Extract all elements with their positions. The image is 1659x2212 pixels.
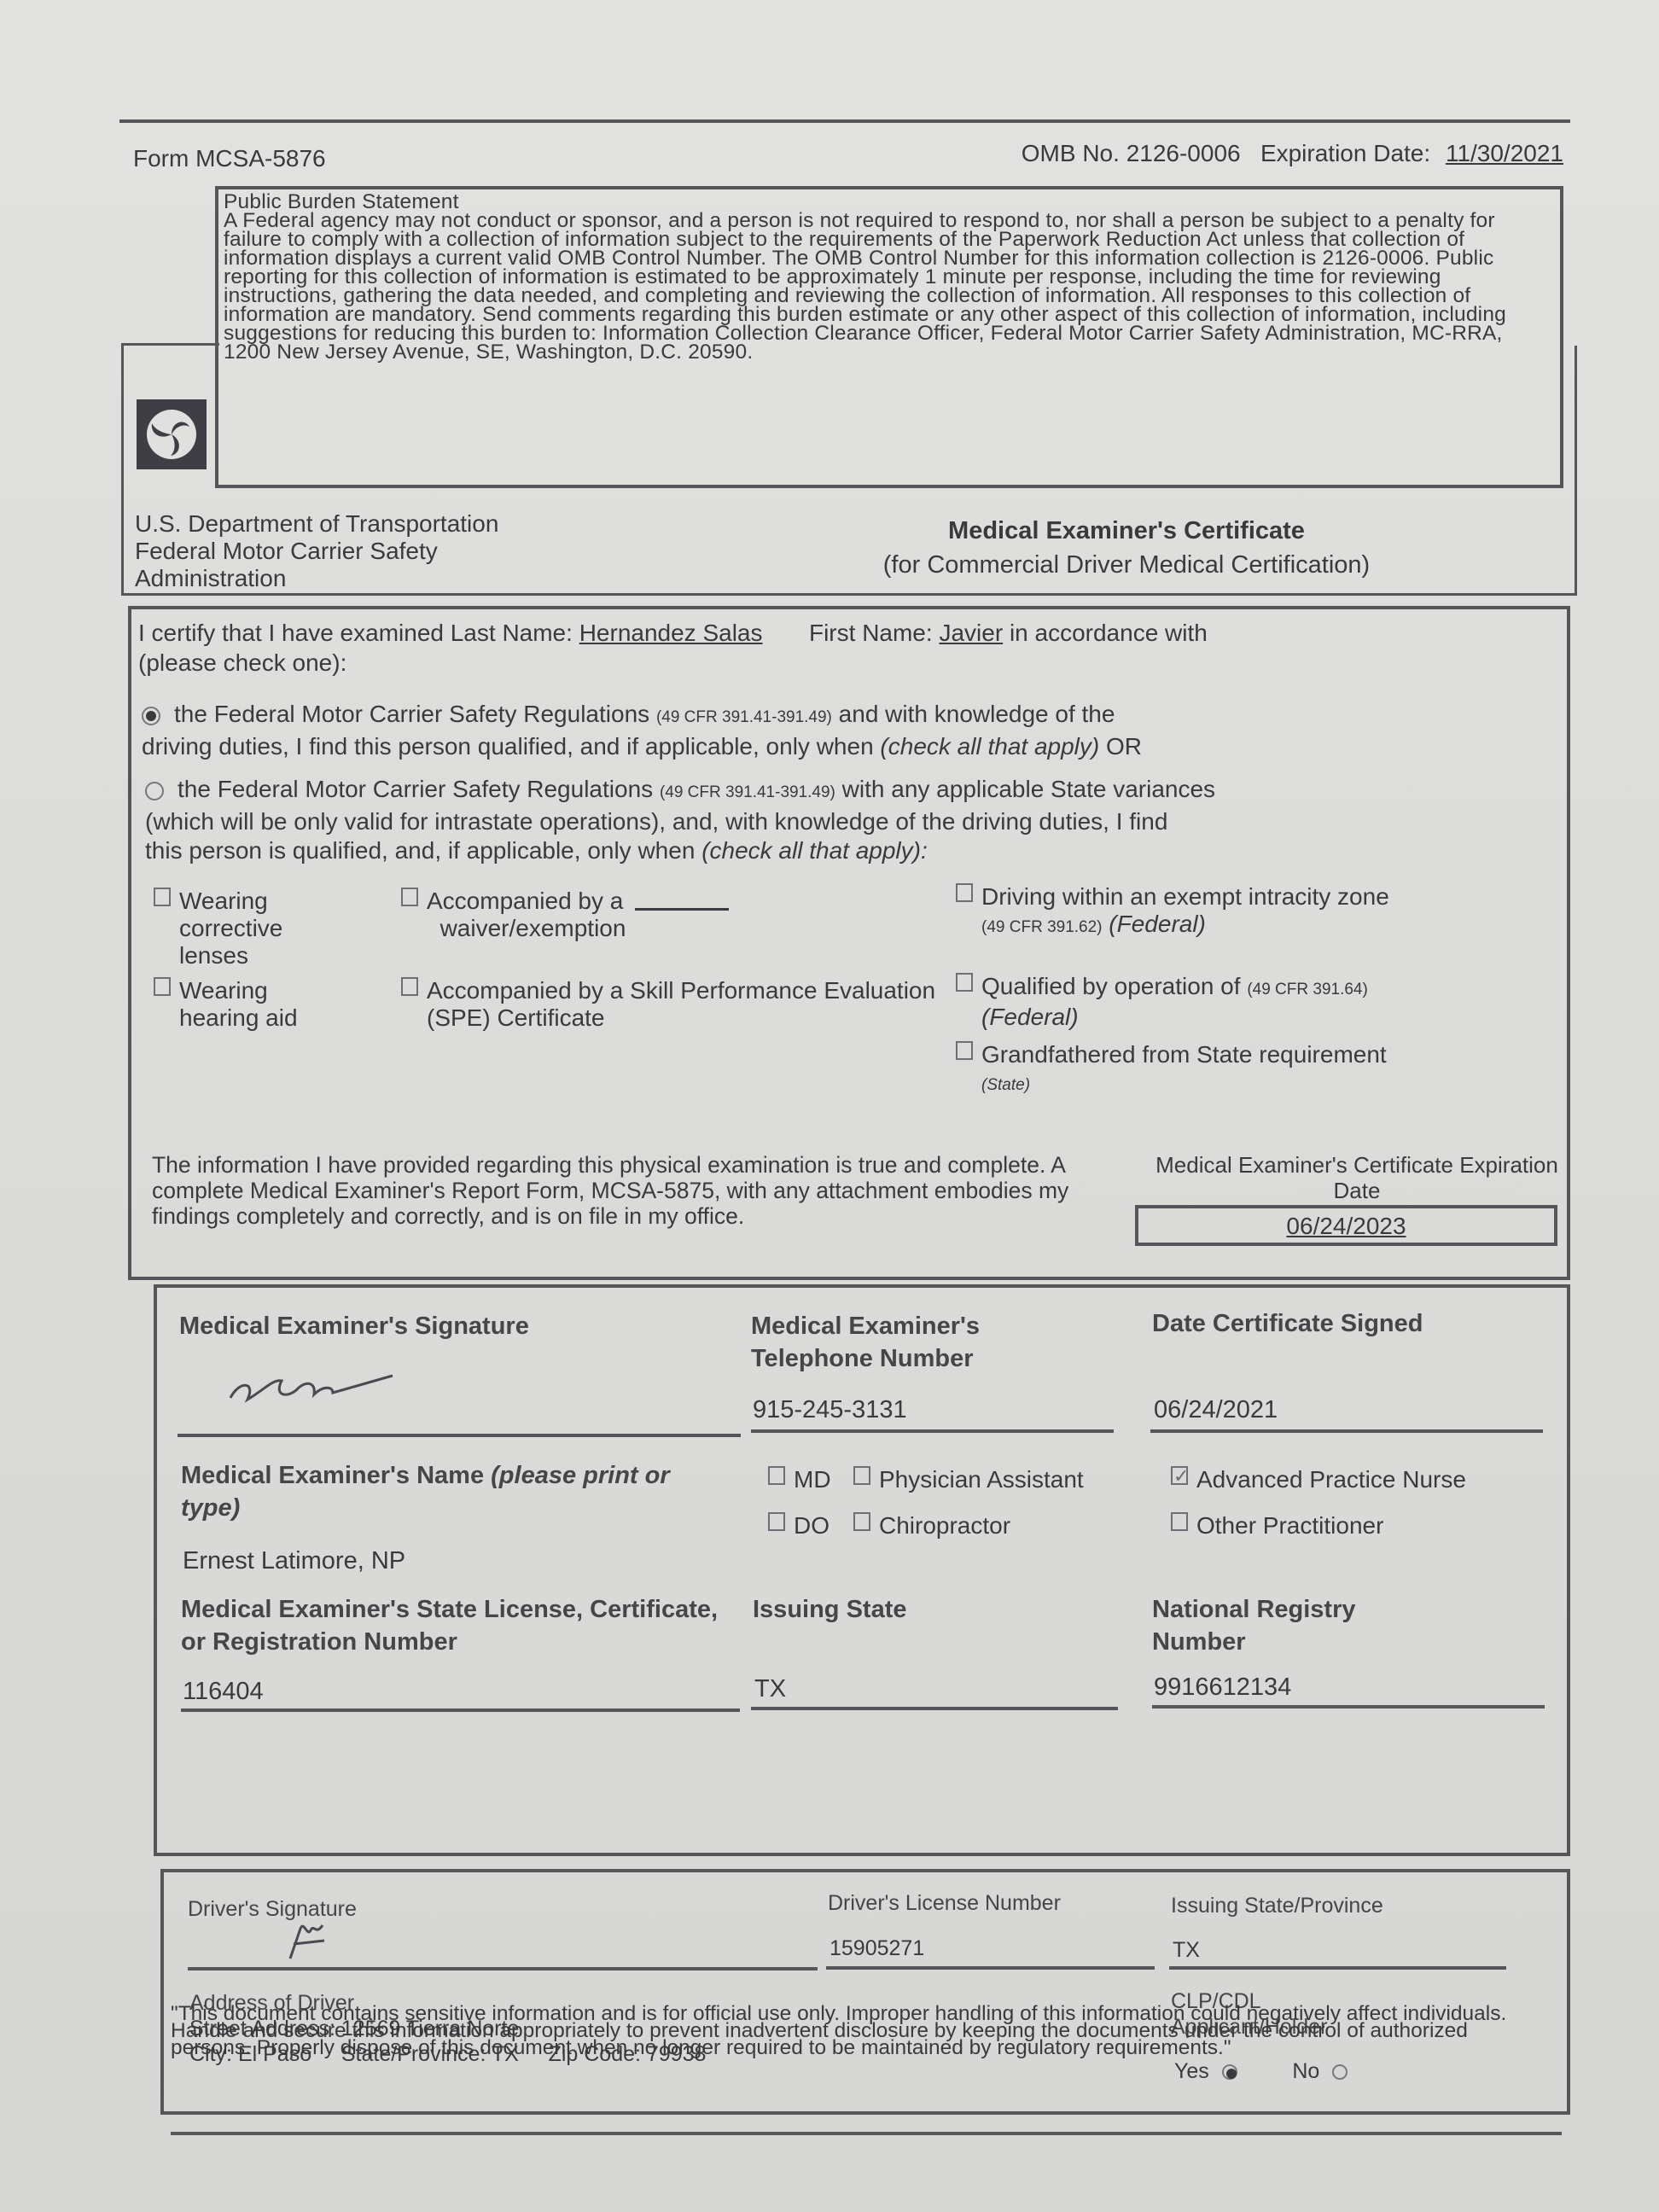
qualified-cite: (49 CFR 391.64) (1247, 981, 1368, 998)
examiner-name-label-main: Medical Examiner's Name (181, 1462, 484, 1489)
driver-license-label: Driver's License Number (828, 1890, 1061, 1916)
examiner-signature-line (178, 1434, 741, 1437)
condition-label: Wearing corrective lenses (179, 888, 299, 969)
checkbox-hearing-aid[interactable] (154, 977, 171, 996)
credential-do: DO (768, 1512, 829, 1540)
option2-rest3: this person is qualified, and, if applic… (145, 837, 695, 864)
checkbox-intracity-zone[interactable] (956, 883, 973, 902)
option1-italic: (check all that apply) (880, 733, 1099, 760)
option1-rest2: driving duties, I find this person quali… (142, 733, 874, 760)
credential-chiropractor: Chiropractor (853, 1512, 1010, 1540)
last-name-field[interactable]: Hernandez Salas (579, 620, 763, 646)
examiner-issuing-state-field[interactable]: TX (754, 1674, 786, 1703)
option2-lead: the Federal Motor Carrier Safety Regulat… (178, 776, 653, 802)
option1-rest1: and with knowledge of the (839, 701, 1115, 727)
examiner-signature-label: Medical Examiner's Signature (179, 1310, 529, 1342)
intracity-cite: (49 CFR 391.62) (981, 918, 1103, 936)
clp-cdl-options: Yes No (1174, 2058, 1361, 2084)
driver-signature-line (188, 1967, 818, 1970)
examiner-phone-field[interactable]: 915-245-3131 (753, 1395, 907, 1424)
credential-label: Other Practitioner (1196, 1512, 1383, 1540)
agency-line-2: Federal Motor Carrier Safety (135, 538, 498, 565)
examiner-signature-image (222, 1364, 401, 1415)
dot-logo-icon (137, 399, 207, 469)
bottom-rule (171, 2132, 1562, 2135)
intracity-italic: (Federal) (1109, 911, 1206, 937)
option2-rest1: with any applicable State variances (842, 776, 1215, 802)
radio-state-variance-option[interactable] (145, 782, 164, 800)
condition-label: Driving within an exempt intracity zone … (981, 883, 1389, 941)
intracity-label: Driving within an exempt intracity zone (981, 883, 1389, 910)
certificate-expiration-label: Medical Examiner's Certificate Expiratio… (1144, 1152, 1570, 1203)
examiner-phone-label: Medical Examiner's Telephone Number (751, 1310, 1075, 1375)
waiver-label: Accompanied by a (427, 888, 623, 914)
driver-issuing-field[interactable]: TX (1173, 1937, 1200, 1963)
condition-qualified-by-operation: Qualified by operation of (49 CFR 391.64… (956, 973, 1368, 1031)
option1-lead: the Federal Motor Carrier Safety Regulat… (174, 701, 649, 727)
option1-cite: (49 CFR 391.41-391.49) (656, 708, 832, 726)
examiner-issuing-state-line (751, 1707, 1118, 1710)
attestation-text: The information I have provided regardin… (152, 1152, 1142, 1229)
agency-line-1: U.S. Department of Transportation (135, 510, 498, 538)
public-burden-statement: Public Burden Statement A Federal agency… (215, 186, 1563, 488)
option2-rest2: (which will be only valid for intrastate… (145, 808, 1167, 835)
national-registry-label: National Registry Number (1152, 1593, 1434, 1658)
credential-label: Physician Assistant (879, 1466, 1084, 1493)
first-name-label: First Name: (809, 620, 933, 646)
triskelion-icon (143, 406, 200, 463)
credential-other-practitioner: Other Practitioner (1171, 1512, 1383, 1540)
examiner-license-field[interactable]: 116404 (183, 1677, 264, 1706)
checkbox-corrective-lenses[interactable] (154, 888, 171, 906)
national-registry-field[interactable]: 9916612134 (1154, 1673, 1291, 1702)
national-registry-line (1152, 1705, 1545, 1708)
condition-label: Grandfathered from State requirement (St… (981, 1041, 1387, 1099)
credential-md: MD (768, 1466, 831, 1493)
waiver-label-2: waiver/exemption (440, 915, 626, 941)
agency-line-3: Administration (135, 565, 498, 592)
waiver-blank-field[interactable] (635, 894, 729, 911)
grandfathered-label: Grandfathered from State requirement (981, 1041, 1387, 1068)
credential-advanced-practice-nurse: Advanced Practice Nurse (1171, 1466, 1466, 1493)
condition-label: Wearing hearing aid (179, 977, 299, 1032)
examinee-line: I certify that I have examined Last Name… (138, 619, 1208, 648)
examiner-issuing-state-label: Issuing State (753, 1593, 907, 1626)
condition-waiver: Accompanied by a waiver/exemption (401, 888, 729, 942)
condition-intracity-zone: Driving within an exempt intracity zone … (956, 883, 1389, 941)
credential-label: Advanced Practice Nurse (1196, 1466, 1466, 1493)
driver-issuing-line (1169, 1966, 1506, 1970)
examiner-name-field[interactable]: Ernest Latimore, NP (183, 1546, 405, 1575)
clp-yes-label: Yes (1174, 2059, 1209, 2083)
checkbox-chiropractor[interactable] (853, 1512, 870, 1531)
certificate-title-main: Medical Examiner's Certificate (819, 514, 1434, 548)
top-rule (119, 119, 1570, 123)
examiner-name-label: Medical Examiner's Name (please print or… (181, 1459, 710, 1524)
condition-label: Qualified by operation of (49 CFR 391.64… (981, 973, 1368, 1031)
scanned-paper: Form MCSA-5876 OMB No. 2126-0006 Expirat… (0, 0, 1659, 2212)
credential-label: MD (794, 1466, 831, 1493)
checkbox-spe-certificate[interactable] (401, 977, 418, 996)
certificate-title: Medical Examiner's Certificate (for Comm… (819, 514, 1434, 582)
checkbox-grandfathered[interactable] (956, 1041, 973, 1060)
burden-text: A Federal agency may not conduct or spon… (224, 209, 1506, 364)
condition-hearing-aid: Wearing hearing aid (154, 977, 299, 1032)
checkbox-do[interactable] (768, 1512, 785, 1531)
checkbox-waiver-exemption[interactable] (401, 888, 418, 906)
omb-number: OMB No. 2126-0006 (1022, 140, 1241, 166)
form-number: Form MCSA-5876 (133, 145, 326, 172)
option2-cite: (49 CFR 391.41-391.49) (660, 783, 835, 801)
grandfathered-italic: (State) (981, 1076, 1030, 1094)
date-signed-line (1150, 1429, 1543, 1433)
examiner-license-line (181, 1708, 740, 1712)
examiner-phone-line (751, 1429, 1114, 1433)
credential-label: DO (794, 1512, 829, 1540)
please-check-one: (please check one): (138, 649, 346, 678)
accordance-text: in accordance with (1010, 620, 1208, 646)
driver-license-line (826, 1966, 1155, 1970)
condition-label: Accompanied by a Skill Performance Evalu… (427, 977, 939, 1032)
first-name-field[interactable]: Javier (939, 620, 1003, 646)
agency-name: U.S. Department of Transportation Federa… (135, 510, 498, 592)
omb-expiration-label: Expiration Date: (1260, 140, 1430, 166)
condition-corrective-lenses: Wearing corrective lenses (154, 888, 299, 969)
certificate-subtitle: (for Commercial Driver Medical Certifica… (819, 548, 1434, 582)
driver-signature-image (282, 1912, 333, 1963)
option-federal: the Federal Motor Carrier Safety Regulat… (142, 700, 1550, 761)
condition-spe-certificate: Accompanied by a Skill Performance Evalu… (401, 977, 939, 1032)
driver-issuing-label: Issuing State/Province (1171, 1893, 1383, 1918)
credential-physician-assistant: Physician Assistant (853, 1466, 1084, 1493)
checkbox-md[interactable] (768, 1466, 785, 1485)
date-signed-label: Date Certificate Signed (1152, 1307, 1423, 1340)
certify-intro: I certify that I have examined Last Name… (138, 620, 573, 646)
checkbox-advanced-practice-nurse[interactable] (1171, 1466, 1188, 1485)
date-signed-field[interactable]: 06/24/2021 (1154, 1395, 1278, 1424)
driver-license-field[interactable]: 15905271 (829, 1935, 924, 1961)
condition-grandfathered: Grandfathered from State requirement (St… (956, 1041, 1387, 1099)
option2-italic: (check all that apply): (701, 837, 928, 864)
certificate-expiration-field[interactable]: 06/24/2023 (1135, 1205, 1557, 1246)
sensitive-info-notice: "This document contains sensitive inform… (171, 2005, 1536, 2057)
checkbox-qualified-by-operation[interactable] (956, 973, 973, 992)
radio-federal-option[interactable] (142, 707, 160, 725)
omb-info: OMB No. 2126-0006 Expiration Date: 11/30… (1022, 140, 1563, 167)
radio-clp-no[interactable] (1332, 2064, 1348, 2080)
checkbox-other-practitioner[interactable] (1171, 1512, 1188, 1531)
omb-expiration-date: 11/30/2021 (1446, 140, 1563, 166)
credential-label: Chiropractor (879, 1512, 1010, 1540)
qualified-label: Qualified by operation of (981, 973, 1241, 999)
qualified-italic: (Federal) (981, 1004, 1079, 1030)
examiner-license-label: Medical Examiner's State License, Certif… (181, 1593, 727, 1658)
checkbox-physician-assistant[interactable] (853, 1466, 870, 1485)
option-state-variance: the Federal Motor Carrier Safety Regulat… (145, 775, 1562, 865)
condition-label: Accompanied by a waiver/exemption (427, 888, 729, 942)
option1-or: OR (1106, 733, 1142, 760)
clp-no-label: No (1292, 2059, 1319, 2083)
radio-clp-yes[interactable] (1222, 2064, 1237, 2080)
